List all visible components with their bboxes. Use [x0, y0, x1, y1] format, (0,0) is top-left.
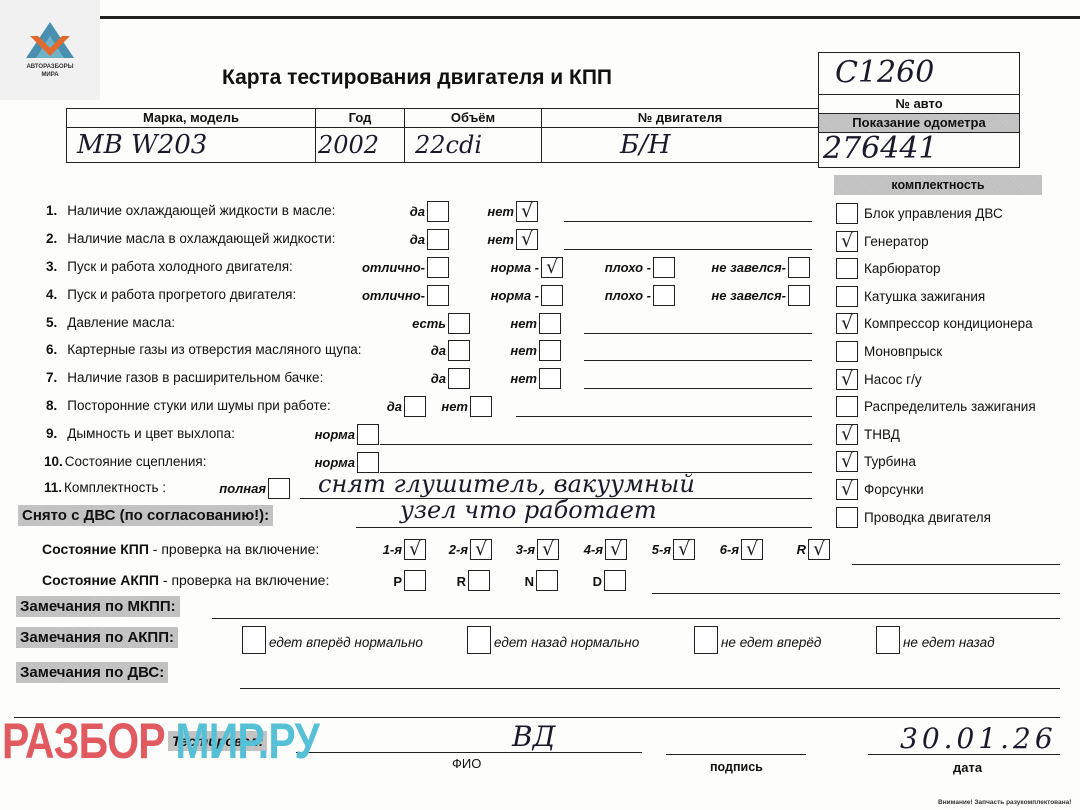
completeness-checkbox[interactable] [836, 396, 858, 417]
akpp-position-checkbox[interactable] [536, 570, 558, 591]
date-caption: дата [953, 760, 982, 775]
col-header-engine-number: № двигателя [541, 108, 819, 128]
checkmark-icon: √ [837, 367, 857, 391]
question-text: Пуск и работа холодного двигателя: [67, 259, 293, 274]
option-label: норма [315, 455, 355, 470]
comment-line[interactable] [584, 388, 812, 389]
comment-line[interactable] [564, 249, 812, 250]
option-label: да [410, 232, 425, 247]
option-checkbox[interactable] [539, 368, 561, 389]
completeness-item-label: Распределитель зажигания [864, 399, 1036, 414]
question-number: 9. [46, 426, 57, 441]
completeness-header: комплектность [834, 175, 1042, 195]
comment-line[interactable] [584, 360, 812, 361]
question-text: Наличие охлаждающей жидкости в масле: [67, 203, 335, 218]
gear-label: 6-я [720, 542, 739, 557]
option-checkbox[interactable] [788, 285, 810, 306]
option-checkbox[interactable] [448, 340, 470, 361]
watermark-brand: РАЗБОР МИР.РУ [2, 712, 319, 770]
completeness-checkbox[interactable] [836, 286, 858, 307]
question-text: Давление масла: [67, 315, 175, 330]
car-number-value: С1260 [835, 55, 934, 90]
question-number: 6. [46, 342, 57, 357]
question-text: Наличие масла в охлаждающей жидкости: [67, 231, 335, 246]
gear-checkbox[interactable]: √ [470, 539, 492, 560]
question-text: Состояние сцепления: [65, 454, 207, 469]
gear-checkbox[interactable]: √ [537, 539, 559, 560]
comment-line[interactable] [380, 444, 812, 445]
car-number-label: № авто [818, 94, 1020, 114]
akpp-position-label: N [525, 574, 534, 589]
car-number-field[interactable]: С1260 [818, 52, 1020, 96]
auto-gearbox-label: Состояние АКПП - проверка на включение: [42, 572, 329, 588]
gear-checkbox[interactable]: √ [808, 539, 830, 560]
question-label: 3.Пуск и работа холодного двигателя: [46, 259, 293, 274]
completeness-item-label: Катушка зажигания [864, 289, 985, 304]
option-checkbox[interactable] [539, 313, 561, 334]
option-label: норма - [491, 260, 539, 275]
checkmark-icon: √ [809, 537, 829, 561]
year-field[interactable]: 2002 [315, 127, 405, 163]
question-number: 11. [44, 480, 62, 495]
auto-remarks-label: Замечания по АКПП: [16, 627, 178, 648]
option-checkbox[interactable] [448, 368, 470, 389]
watermark-part2: МИР.РУ [175, 713, 319, 769]
gear-checkbox[interactable]: √ [673, 539, 695, 560]
completeness-item-label: Форсунки [864, 482, 924, 497]
akpp-position-checkbox[interactable] [604, 570, 626, 591]
logo-text-line2: МИРА [0, 72, 100, 78]
option-label: нет [487, 232, 514, 247]
akpp-position-checkbox[interactable] [468, 570, 490, 591]
option-checkbox[interactable] [357, 424, 379, 445]
completeness-checkbox[interactable]: √ [836, 313, 858, 334]
engine-remarks-label: Замечания по ДВС: [16, 662, 168, 683]
odometer-label: Показание одометра [818, 113, 1020, 133]
gear-label: 3-я [516, 542, 535, 557]
top-rule [100, 16, 1080, 19]
make-model-field[interactable]: MB W203 [66, 127, 316, 163]
completeness-item-label: Блок управления ДВС [864, 206, 1003, 221]
option-label: нет [510, 343, 537, 358]
akpp-position-checkbox[interactable] [404, 570, 426, 591]
completeness-checkbox[interactable] [836, 258, 858, 279]
removed-section-line [356, 527, 812, 528]
option-checkbox[interactable]: √ [541, 257, 563, 278]
question-text: Дымность и цвет выхлопа: [67, 426, 235, 441]
completeness-checkbox[interactable] [836, 203, 858, 224]
option-label: отлично- [362, 260, 425, 275]
akpp-position-label: R [457, 574, 466, 589]
col-header-make-model: Марка, модель [66, 108, 316, 128]
completeness-item-label: Турбина [864, 454, 916, 469]
option-checkbox[interactable] [448, 313, 470, 334]
akpp-remark-label: едет назад нормально [494, 635, 639, 650]
col-header-year: Год [315, 108, 405, 128]
checkmark-icon: √ [837, 229, 857, 253]
akpp-remark-checkbox[interactable] [467, 626, 491, 654]
checkmark-icon: √ [837, 477, 857, 501]
option-label: да [431, 343, 446, 358]
completeness-checkbox[interactable] [836, 341, 858, 362]
engine-remarks-line[interactable] [240, 688, 1060, 689]
option-label: не завелся- [711, 288, 786, 303]
option-checkbox[interactable] [539, 340, 561, 361]
manual-remarks-line[interactable] [212, 618, 1060, 619]
akpp-position-label: P [393, 574, 402, 589]
gear-checkbox[interactable]: √ [404, 539, 426, 560]
checkmark-icon: √ [674, 537, 694, 561]
option-checkbox[interactable] [427, 229, 449, 250]
option-label: нет [441, 399, 468, 414]
manual-remarks-label: Замечания по МКПП: [16, 596, 180, 617]
question-text: Пуск и работа прогретого двигателя: [67, 287, 296, 302]
question-number: 10. [44, 454, 63, 469]
name-caption: ФИО [452, 756, 481, 771]
question-number: 7. [46, 370, 57, 385]
question-label: 4.Пуск и работа прогретого двигателя: [46, 287, 296, 302]
gear-label: 1-я [383, 542, 402, 557]
signature-caption: подпись [710, 760, 763, 774]
completeness-checkbox[interactable]: √ [836, 451, 858, 472]
comment-line[interactable] [564, 221, 812, 222]
completeness-item-label: Моновпрыск [864, 344, 942, 359]
col-header-volume: Объём [404, 108, 542, 128]
checkmark-icon: √ [606, 537, 626, 561]
date-value[interactable]: 30.01.26 [900, 722, 1057, 755]
gear-checkbox[interactable]: √ [741, 539, 763, 560]
question-label: 2.Наличие масла в охлаждающей жидкости: [46, 231, 335, 246]
option-checkbox[interactable] [427, 257, 449, 278]
auto-gearbox-line [652, 593, 1060, 594]
option-label: нет [510, 371, 537, 386]
option-label: да [431, 371, 446, 386]
question-label: 1.Наличие охлаждающей жидкости в масле: [46, 203, 335, 218]
question-number: 4. [46, 287, 57, 302]
option-label: плохо - [605, 288, 651, 303]
question-label: 6.Картерные газы из отверстия масляного … [46, 342, 362, 357]
question-number: 8. [46, 398, 57, 413]
akpp-remark-label: не едет вперёд [721, 635, 821, 650]
akpp-remark-label: едет вперёд нормально [269, 635, 423, 650]
option-checkbox[interactable] [427, 285, 449, 306]
gear-label: 4-я [584, 542, 603, 557]
completeness-checkbox[interactable]: √ [836, 231, 858, 252]
gear-label: 5-я [652, 542, 671, 557]
form-title: Карта тестирования двигателя и КПП [222, 66, 612, 90]
engine-number-field[interactable]: Б/Н [541, 127, 819, 163]
akpp-remark-checkbox[interactable] [242, 626, 266, 654]
checkmark-icon: √ [517, 227, 537, 251]
akpp-remark-label: не едет назад [903, 635, 995, 650]
odometer-field[interactable]: 276441 [818, 132, 1020, 168]
completeness-item-label: ТНВД [864, 427, 900, 442]
question-label: 5.Давление масла: [46, 315, 175, 330]
option-checkbox[interactable] [541, 285, 563, 306]
akpp-remark-checkbox[interactable] [876, 626, 900, 654]
completeness-checkbox[interactable]: √ [836, 479, 858, 500]
signature-line[interactable] [666, 754, 806, 755]
option-label: не завелся- [711, 260, 786, 275]
comment-line[interactable] [584, 333, 812, 334]
completeness-item-label: Компрессор кондиционера [864, 316, 1033, 331]
brand-logo: АВТОРАЗБОРЫ МИРА [0, 0, 100, 100]
akpp-position-label: D [593, 574, 602, 589]
checkmark-icon: √ [405, 537, 425, 561]
option-checkbox[interactable] [788, 257, 810, 278]
checkmark-icon: √ [471, 537, 491, 561]
footer-note: Внимание! Запчасть разукомплектована! [938, 799, 1071, 806]
option-label: отлично- [362, 288, 425, 303]
option-checkbox[interactable] [427, 201, 449, 222]
option-label: да [410, 204, 425, 219]
option-label: норма [315, 427, 355, 442]
option-checkbox[interactable]: √ [516, 201, 538, 222]
volume-field[interactable]: 22cdi [404, 127, 542, 163]
option-label: плохо - [605, 260, 651, 275]
logo-mountain-icon [26, 22, 74, 62]
tester-name-value[interactable]: ВД [512, 720, 555, 753]
completeness-checkbox[interactable]: √ [836, 424, 858, 445]
option-label: есть [412, 316, 446, 331]
completeness-item-label: Генератор [864, 234, 929, 249]
question-label: 9.Дымность и цвет выхлопа: [46, 426, 235, 441]
question-label: 7.Наличие газов в расширительном бачке: [46, 370, 323, 385]
option-checkbox[interactable]: √ [516, 229, 538, 250]
completeness-note[interactable]: снят глушитель, вакуумный [318, 470, 695, 498]
completeness-item-label: Проводка двигателя [864, 510, 991, 525]
question-text: Посторонние стуки или шумы при работе: [67, 398, 331, 413]
completeness-item-label: Карбюратор [864, 261, 941, 276]
gear-checkbox[interactable]: √ [605, 539, 627, 560]
option-checkbox[interactable] [653, 257, 675, 278]
checkmark-icon: √ [538, 537, 558, 561]
gear-label: R [797, 542, 806, 557]
question-number: 1. [46, 203, 57, 218]
option-label: да [387, 399, 402, 414]
option-checkbox[interactable] [653, 285, 675, 306]
checkmark-icon: √ [837, 311, 857, 335]
removed-section-note[interactable]: узел что работает [400, 496, 657, 524]
question-number: 2. [46, 231, 57, 246]
logo-text-line1: АВТОРАЗБОРЫ [0, 64, 100, 70]
akpp-remark-checkbox[interactable] [694, 626, 718, 654]
checkmark-icon: √ [837, 449, 857, 473]
manual-gearbox-line [852, 564, 1060, 565]
question-number: 3. [46, 259, 57, 274]
question-text: Наличие газов в расширительном бачке: [67, 370, 323, 385]
completeness-item-label: Насос г/у [864, 372, 922, 387]
watermark-part1: РАЗБОР [2, 713, 175, 769]
question-label: 8.Посторонние стуки или шумы при работе: [46, 398, 331, 413]
completeness-checkbox[interactable] [836, 507, 858, 528]
manual-gearbox-label: Состояние КПП - проверка на включение: [42, 541, 319, 557]
removed-section-label: Снято с ДВС (по согласованию!): [18, 505, 273, 526]
question-number: 5. [46, 315, 57, 330]
option-checkbox[interactable] [470, 396, 492, 417]
gear-label: 2-я [449, 542, 468, 557]
option-checkbox[interactable] [268, 478, 290, 499]
completeness-checkbox[interactable]: √ [836, 369, 858, 390]
checkmark-icon: √ [742, 537, 762, 561]
checkmark-icon: √ [517, 199, 537, 223]
option-label: нет [487, 204, 514, 219]
checkmark-icon: √ [542, 255, 562, 279]
option-label: норма - [491, 288, 539, 303]
question-text: Картерные газы из отверстия масляного щу… [67, 342, 361, 357]
comment-line[interactable] [516, 416, 812, 417]
checkmark-icon: √ [837, 422, 857, 446]
name-line [296, 752, 642, 753]
question-label: 11.Комплектность : [44, 480, 166, 495]
question-text: Комплектность : [64, 480, 166, 495]
odometer-value: 276441 [823, 131, 938, 166]
option-checkbox[interactable] [404, 396, 426, 417]
option-label: нет [510, 316, 537, 331]
question-label: 10.Состояние сцепления: [44, 454, 207, 469]
option-label: полная [219, 481, 266, 496]
